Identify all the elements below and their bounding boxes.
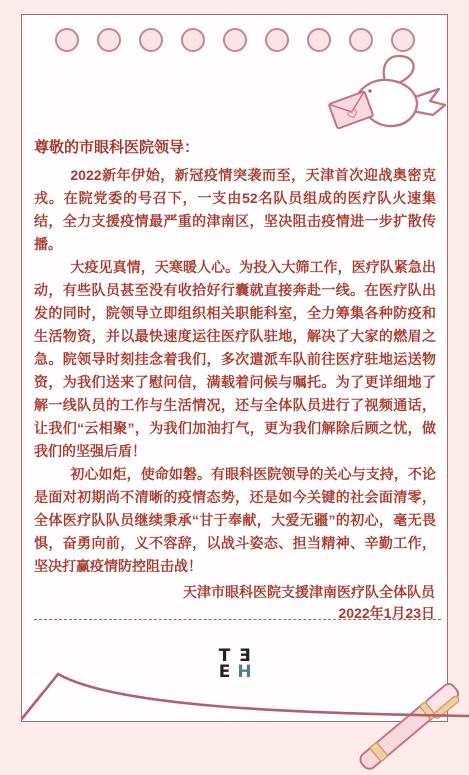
binder-hole (181, 28, 205, 52)
binder-hole (307, 28, 331, 52)
logo-letter-reversed-e: E (235, 648, 255, 664)
binder-hole (265, 28, 289, 52)
dashed-divider (34, 619, 441, 620)
binder-hole (349, 28, 373, 52)
letter-card: 尊敬的市眼科医院领导： 2022新年伊始，新冠疫情突袭而至，天津首次迎战奥密克戎… (21, 14, 448, 722)
binder-hole (391, 28, 415, 52)
dove-with-envelope-icon (327, 53, 447, 138)
binder-hole (97, 28, 121, 52)
binder-hole (139, 28, 163, 52)
letter-paragraphs: 2022新年伊始，新冠疫情突袭而至，天津首次迎战奥密克戎。在院党委的号召下，一支… (34, 164, 436, 572)
salutation: 尊敬的市眼科医院领导： (34, 136, 436, 159)
letter-paragraph: 初心如炬，使命如磐。有眼科医院领导的关心与支持，不论是面对初期尚不清晰的疫情态势… (34, 463, 436, 572)
letter-paragraph: 大疫见真情，天寒暖人心。为投入大筛工作，医疗队紧急出动，有些队员甚至没有收拾好行… (34, 256, 436, 463)
swoosh-line (21, 663, 469, 725)
page-background: { "letter": { "salutation": "尊敬的市眼科医院领导：… (0, 0, 469, 775)
signature: 天津市眼科医院支援津南医疗队全体队员 (34, 581, 435, 603)
letter-paragraph: 2022新年伊始，新冠疫情突袭而至，天津首次迎战奥密克戎。在院党委的号召下，一支… (34, 164, 436, 256)
binder-hole (55, 28, 79, 52)
binder-hole (223, 28, 247, 52)
binder-holes (22, 28, 447, 52)
